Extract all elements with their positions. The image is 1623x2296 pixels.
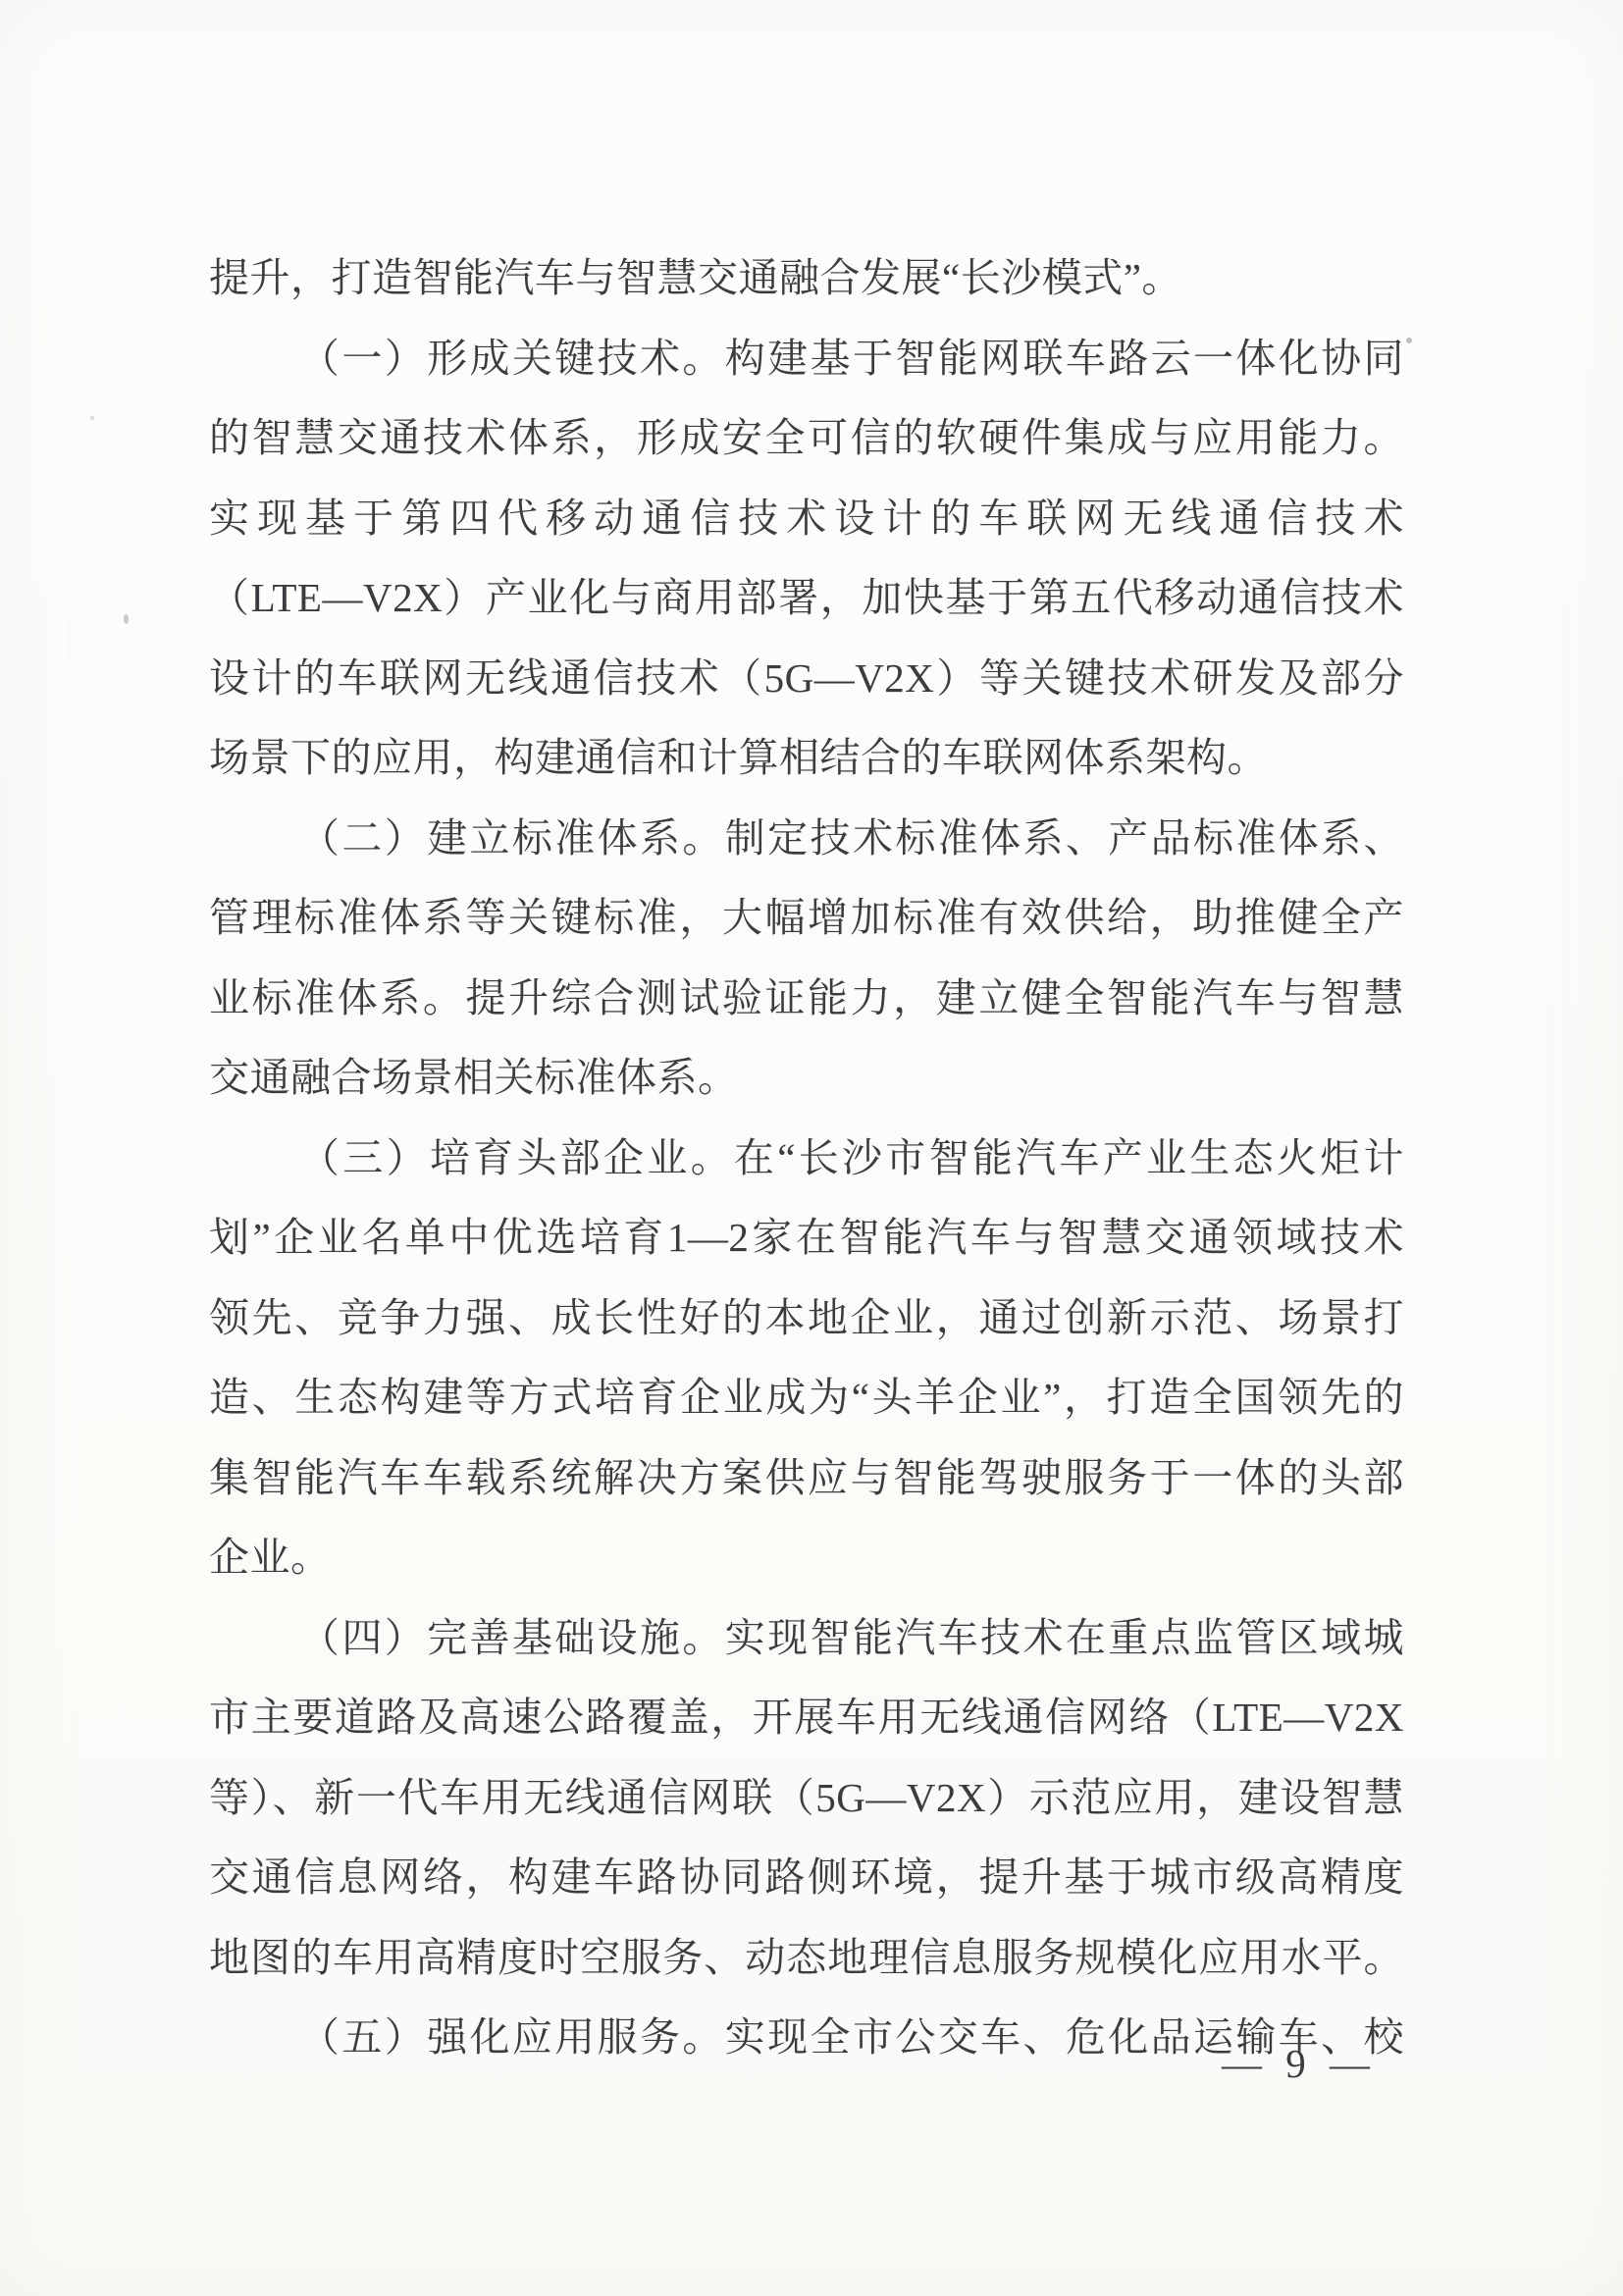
text-line: 的智慧交通技术体系，形成安全可信的软硬件集成与应用能力。 bbox=[209, 398, 1404, 479]
text-line: 业标准体系。提升综合测试验证能力，建立健全智能汽车与智慧 bbox=[209, 959, 1404, 1039]
text-line: 地图的车用高精度时空服务、动态地理信息服务规模化应用水平。 bbox=[209, 1918, 1404, 1999]
scan-artifact-dot bbox=[90, 416, 94, 420]
text-line: 交通信息网络，构建车路协同路侧环境，提升基于城市级高精度 bbox=[209, 1838, 1404, 1918]
text-line: 等）、新一代车用无线通信网联（5G—V2X）示范应用，建设智慧 bbox=[209, 1758, 1404, 1839]
text-line: 设计的车联网无线通信技术（5G—V2X）等关键技术研发及部分 bbox=[209, 639, 1404, 719]
text-line: 场景下的应用，构建通信和计算相结合的车联网体系架构。 bbox=[209, 718, 1404, 799]
text-line: （二）建立标准体系。制定技术标准体系、产品标准体系、 bbox=[209, 799, 1404, 879]
text-line: （LTE—V2X）产业化与商用部署，加快基于第五代移动通信技术 bbox=[209, 558, 1404, 639]
text-line: 企业。 bbox=[209, 1518, 1404, 1598]
text-line: 管理标准体系等关键标准，大幅增加标准有效供给，助推健全产 bbox=[209, 878, 1404, 959]
text-line: 划”企业名单中优选培育1—2家在智能汽车与智慧交通领域技术 bbox=[209, 1198, 1404, 1278]
text-line: 市主要道路及高速公路覆盖，开展车用无线通信网络（LTE—V2X bbox=[209, 1678, 1404, 1758]
scanned-document-page: 提升，打造智能汽车与智慧交通融合发展“长沙模式”。 （一）形成关键技术。构建基于… bbox=[0, 0, 1623, 2296]
text-line: （三）培育头部企业。在“长沙市智能汽车产业生态火炬计 bbox=[209, 1119, 1404, 1199]
text-line: 造、生态构建等方式培育企业成为“头羊企业”，打造全国领先的 bbox=[209, 1358, 1404, 1438]
text-line: 集智能汽车车载系统解决方案供应与智能驾驶服务于一体的头部 bbox=[209, 1438, 1404, 1519]
page-number: — 9 — bbox=[1222, 2041, 1377, 2086]
text-line: （一）形成关键技术。构建基于智能网联车路云一体化协同 bbox=[209, 319, 1404, 399]
text-line: （四）完善基础设施。实现智能汽车技术在重点监管区域城 bbox=[209, 1598, 1404, 1679]
text-line: 实现基于第四代移动通信技术设计的车联网无线通信技术 bbox=[209, 479, 1404, 559]
text-line: 交通融合场景相关标准体系。 bbox=[209, 1038, 1404, 1119]
text-line: 提升，打造智能汽车与智慧交通融合发展“长沙模式”。 bbox=[209, 238, 1404, 319]
scan-artifact-dot bbox=[124, 614, 129, 624]
document-body: 提升，打造智能汽车与智慧交通融合发展“长沙模式”。 （一）形成关键技术。构建基于… bbox=[209, 238, 1404, 2078]
text-line: 领先、竞争力强、成长性好的本地企业，通过创新示范、场景打 bbox=[209, 1278, 1404, 1359]
scan-artifact-dot bbox=[1406, 338, 1412, 343]
